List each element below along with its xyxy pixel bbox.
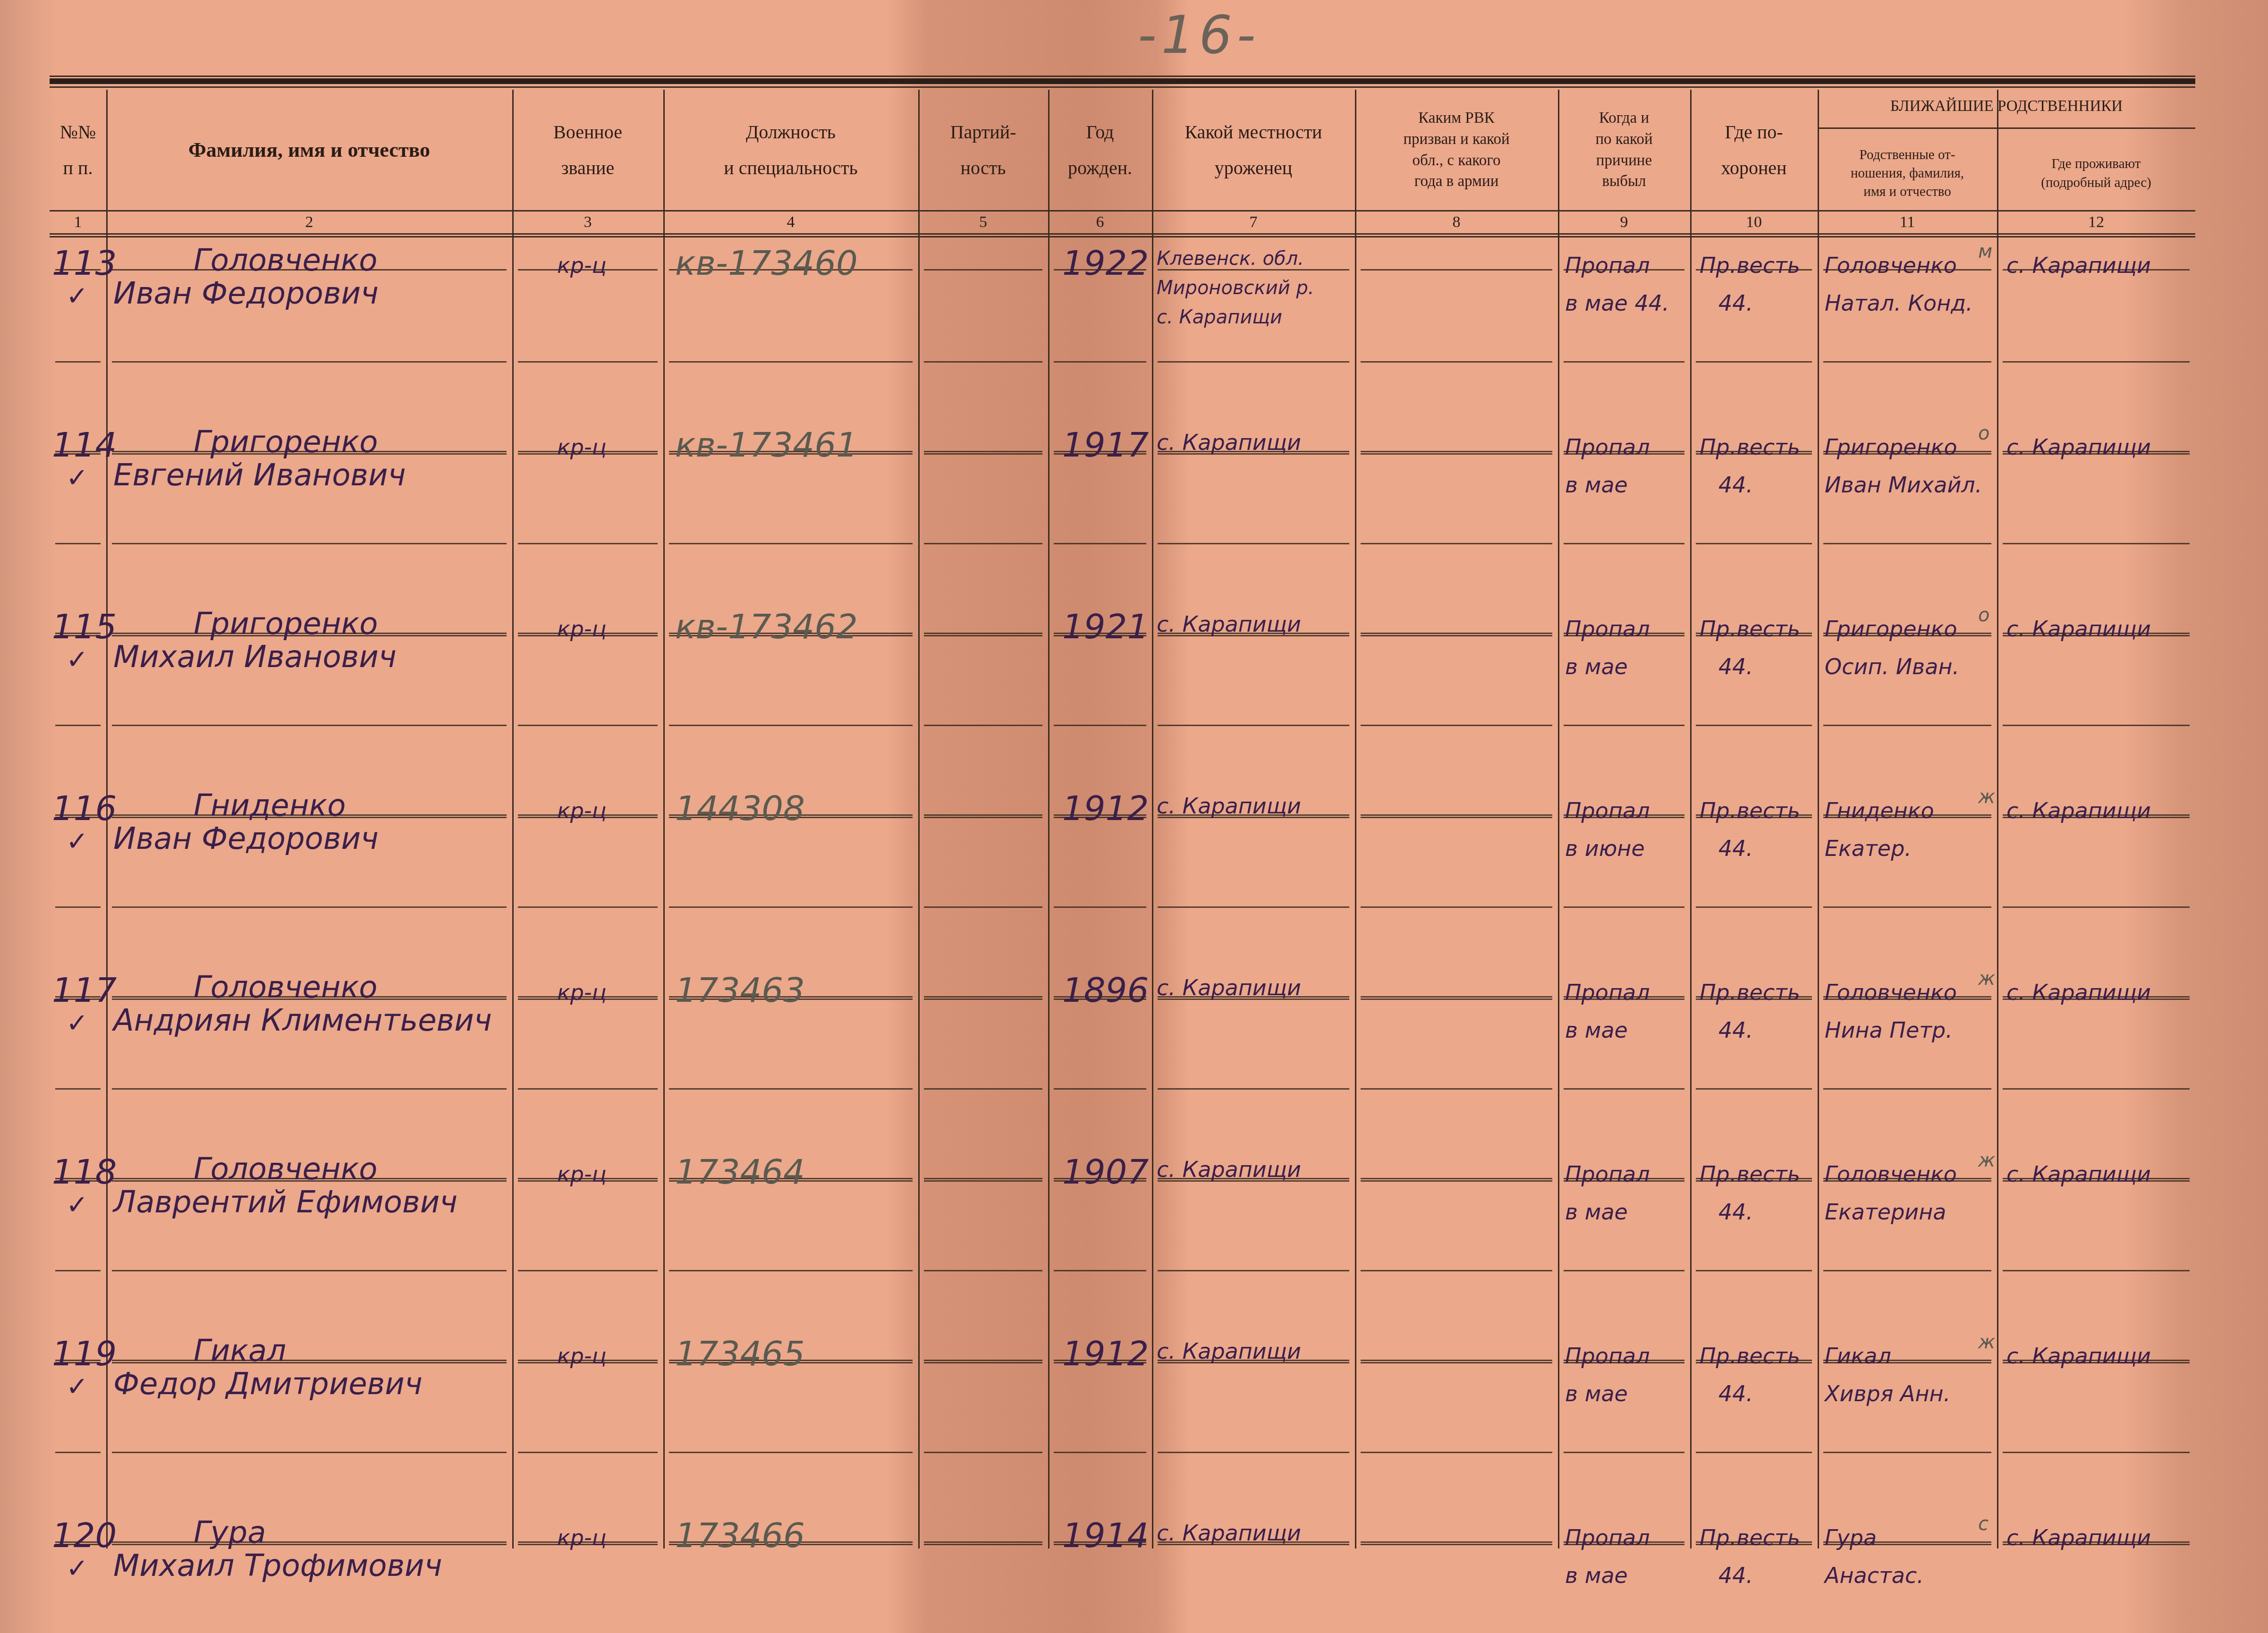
ruled-line — [1696, 1452, 1812, 1453]
left-service-line: Пропал — [1565, 253, 1650, 278]
birth-year: 1896 — [1062, 970, 1149, 1010]
ruled-line — [1054, 1088, 1146, 1090]
ruled-line — [1696, 1270, 1812, 1271]
checkmark: ✓ — [66, 826, 88, 857]
row-number: 113 — [52, 243, 117, 283]
ruled-line — [1361, 998, 1552, 1000]
ruled-line — [669, 1270, 913, 1271]
ruled-line — [55, 361, 101, 363]
given-name-patronymic: Михаил Трофимович — [113, 1548, 442, 1583]
relative-address: с. Карапищи — [2006, 1161, 2151, 1187]
ruled-line — [112, 361, 507, 363]
ruled-line — [1696, 1088, 1812, 1090]
column-header-label: Фамилия, имя и отчество — [188, 130, 430, 170]
top-thick-rule — [50, 78, 2195, 84]
column-header-label: Партий-ность — [950, 114, 1016, 186]
birth-year: 1912 — [1062, 1334, 1149, 1373]
top-thin-rule — [50, 76, 2195, 77]
ruled-line — [1564, 906, 1684, 908]
given-name-patronymic: Михаил Иванович — [113, 640, 397, 675]
header-line: Где проживают — [2041, 155, 2151, 173]
header-line: звание — [553, 150, 622, 186]
position-specialty: кв-173462 — [675, 607, 858, 646]
ruled-line — [55, 725, 101, 726]
burial-place-line: Пр.весть — [1700, 798, 1800, 823]
relative-kinship-mark: о — [1978, 423, 1989, 444]
left-service-line: Пропал — [1565, 980, 1650, 1005]
ruled-line — [1696, 725, 1812, 726]
burial-place-line: 44. — [1718, 472, 1753, 498]
burial-place-line: Пр.весть — [1700, 980, 1800, 1005]
military-rank: кр-ц — [557, 253, 607, 278]
checkmark: ✓ — [66, 644, 88, 675]
column-header-5: Партий-ность — [918, 90, 1048, 210]
surname: Григоренко — [194, 607, 378, 642]
column-number: 6 — [1048, 213, 1152, 232]
ruled-line — [1361, 906, 1552, 908]
ruled-line — [1361, 1270, 1552, 1271]
ruled-line — [1564, 543, 1684, 544]
left-service-line: в мае — [1565, 1381, 1628, 1406]
header-line: Когда и — [1595, 108, 1652, 129]
relative-kinship-mark: ж — [1978, 786, 1995, 808]
left-service-line: в июне — [1565, 836, 1645, 861]
burial-place-line: 44. — [1718, 1563, 1753, 1588]
ruled-line — [1361, 1178, 1552, 1179]
ruled-line — [1696, 361, 1812, 363]
burial-place-line: Пр.весть — [1700, 1525, 1800, 1550]
ruled-line — [1054, 906, 1146, 908]
relative-address: с. Карапищи — [2006, 980, 2151, 1005]
given-name-patronymic: Евгений Иванович — [113, 458, 406, 493]
ruled-line — [669, 543, 913, 544]
relative-line: Головченко — [1825, 1161, 1957, 1187]
birthplace-line: с. Карапищи — [1157, 306, 1282, 328]
checkmark: ✓ — [66, 281, 88, 312]
birthplace-line: Клевенск. обл. — [1157, 248, 1304, 270]
relative-line: Григоренко — [1825, 616, 1957, 642]
ruled-line — [1823, 906, 1991, 908]
relative-address: с. Карапищи — [2006, 616, 2151, 642]
header-line: Должность — [724, 114, 857, 150]
colnum-divider-1 — [50, 233, 2195, 235]
ruled-line — [924, 814, 1042, 816]
ruled-line — [924, 543, 1042, 544]
relative-kinship-mark: о — [1978, 604, 1989, 626]
relative-line: Осип. Иван. — [1825, 654, 1959, 679]
military-rank: кр-ц — [557, 798, 607, 823]
column-header-label: Где по-хоронен — [1721, 114, 1786, 186]
ruled-line — [1823, 361, 1991, 363]
column-header-6: Годрожден. — [1048, 90, 1152, 210]
ruled-line — [112, 1088, 507, 1090]
checkmark: ✓ — [66, 1008, 88, 1039]
position-specialty: 173463 — [675, 970, 805, 1010]
relative-line: Гниденко — [1825, 798, 1934, 823]
header-line: хоронен — [1721, 150, 1786, 186]
ruled-line — [924, 1270, 1042, 1271]
ruled-line — [518, 543, 658, 544]
ruled-line — [1054, 543, 1146, 544]
column-divider — [1152, 90, 1153, 1548]
column-header-7: Какой местностиуроженец — [1152, 90, 1355, 210]
header-line: Партий- — [950, 114, 1016, 150]
header-divider — [50, 210, 2195, 212]
ruled-line — [112, 543, 507, 544]
left-service-line: в мае — [1565, 472, 1628, 498]
ruled-line — [1564, 1088, 1684, 1090]
ruled-line — [55, 906, 101, 908]
position-specialty: 144308 — [675, 788, 805, 828]
ruled-line — [55, 1452, 101, 1453]
burial-place-line: 44. — [1718, 1199, 1753, 1225]
column-header-9: Когда ипо какойпричиневыбыл — [1558, 90, 1690, 210]
ruled-line — [924, 633, 1042, 634]
ruled-line — [55, 543, 101, 544]
left-service-line: Пропал — [1565, 798, 1650, 823]
column-header-12: Где проживают(подробный адрес) — [1997, 137, 2195, 210]
ruled-line — [924, 996, 1042, 998]
ruled-line — [924, 1452, 1042, 1453]
header-line: Где по- — [1721, 114, 1786, 150]
header-line: по какой — [1595, 129, 1652, 150]
left-service-line: в мае — [1565, 1199, 1628, 1225]
burial-place-line: 44. — [1718, 836, 1753, 861]
ruled-line — [1158, 361, 1349, 363]
row-number: 120 — [52, 1515, 117, 1555]
column-header-label: Где проживают(подробный адрес) — [2041, 155, 2151, 192]
ruled-line — [1823, 1270, 1991, 1271]
surname: Гниденко — [194, 788, 346, 823]
column-number: 10 — [1690, 213, 1818, 232]
ruled-line — [518, 1452, 658, 1453]
column-header-3: Военноезвание — [512, 90, 663, 210]
position-specialty: 173465 — [675, 1334, 805, 1373]
header-line: уроженец — [1185, 150, 1322, 186]
birthplace-line: с. Карапищи — [1157, 1520, 1301, 1546]
ruled-line — [1361, 1541, 1552, 1543]
relative-line: Натал. Конд. — [1825, 290, 1973, 316]
left-service-line: Пропал — [1565, 434, 1650, 460]
header-line: Каким РВК — [1403, 108, 1509, 129]
relative-kinship-mark: с — [1978, 1513, 1989, 1535]
ruled-line — [1823, 725, 1991, 726]
column-number: 12 — [1997, 213, 2195, 232]
position-specialty: кв-173461 — [675, 425, 858, 465]
ruled-line — [924, 1180, 1042, 1182]
given-name-patronymic: Лаврентий Ефимович — [113, 1185, 457, 1220]
column-number: 1 — [50, 213, 106, 232]
relative-address: с. Карапищи — [2006, 434, 2151, 460]
birth-year: 1912 — [1062, 788, 1149, 828]
column-divider — [1048, 90, 1049, 1548]
surname: Головченко — [194, 243, 377, 278]
relative-line: Гикал — [1825, 1343, 1891, 1369]
ruled-line — [1158, 1088, 1349, 1090]
left-service-line: Пропал — [1565, 616, 1650, 642]
ruled-line — [1158, 1270, 1349, 1271]
relative-kinship-mark: ж — [1978, 968, 1995, 990]
ruled-line — [2003, 1270, 2190, 1271]
ruled-line — [1361, 1180, 1552, 1182]
column-header-label: Годрожден. — [1068, 114, 1132, 186]
ruled-line — [1361, 1088, 1552, 1090]
relative-kinship-mark: ж — [1978, 1150, 1995, 1171]
ruled-line — [669, 725, 913, 726]
header-line: №№ — [60, 114, 96, 150]
column-header-label: Каким РВКпризван и какойобл., с какогого… — [1403, 108, 1509, 192]
ruled-line — [1361, 361, 1552, 363]
ruled-line — [924, 1544, 1042, 1545]
relative-address: с. Карапищи — [2006, 1343, 2151, 1369]
ruled-line — [112, 1360, 507, 1361]
ruled-line — [1158, 1452, 1349, 1453]
column-divider — [918, 90, 920, 1548]
column-header-10: Где по-хоронен — [1690, 90, 1818, 210]
ruled-line — [1696, 543, 1812, 544]
ruled-line — [518, 906, 658, 908]
ruled-line — [1361, 817, 1552, 818]
ruled-line — [1158, 725, 1349, 726]
ruled-line — [1823, 543, 1991, 544]
header-line: причине — [1595, 150, 1652, 171]
column-divider — [1558, 90, 1559, 1548]
relative-line: Хивря Анн. — [1825, 1381, 1950, 1406]
military-rank: кр-ц — [557, 1525, 607, 1550]
ruled-line — [112, 1544, 507, 1545]
header-line: п п. — [60, 150, 96, 186]
column-number: 4 — [663, 213, 918, 232]
ruled-line — [1361, 269, 1552, 271]
ruled-line — [669, 361, 913, 363]
ruled-line — [1361, 996, 1552, 998]
surname: Григоренко — [194, 425, 378, 460]
column-number: 7 — [1152, 213, 1355, 232]
ruled-line — [2003, 906, 2190, 908]
relative-line: Екатерина — [1825, 1199, 1946, 1225]
military-rank: кр-ц — [557, 434, 607, 460]
burial-place-line: Пр.весть — [1700, 1161, 1800, 1187]
birth-year: 1914 — [1062, 1515, 1149, 1555]
left-service-line: в мае 44. — [1565, 290, 1669, 316]
row-number: 115 — [52, 607, 117, 646]
column-number: 3 — [512, 213, 663, 232]
ruled-line — [1823, 1452, 1991, 1453]
ruled-line — [924, 1178, 1042, 1179]
birthplace-line: с. Карапищи — [1157, 430, 1301, 455]
birth-year: 1922 — [1062, 243, 1149, 283]
birthplace-line: Мироновский р. — [1157, 277, 1314, 299]
checkmark: ✓ — [66, 1190, 88, 1220]
left-service-line: в мае — [1565, 1563, 1628, 1588]
ruled-line — [112, 725, 507, 726]
birthplace-line: с. Карапищи — [1157, 975, 1301, 1000]
military-rank: кр-ц — [557, 1161, 607, 1187]
given-name-patronymic: Иван Федорович — [113, 821, 379, 856]
column-number: 2 — [106, 213, 512, 232]
ruled-line — [924, 906, 1042, 908]
column-header-11: Родственные от-ношения, фамилия,имя и от… — [1818, 137, 1997, 210]
header-line: Фамилия, имя и отчество — [188, 130, 430, 170]
ruled-line — [2003, 725, 2190, 726]
ruled-line — [518, 361, 658, 363]
ruled-line — [112, 1452, 507, 1453]
ruled-line — [55, 1270, 101, 1271]
relative-kinship-mark: ж — [1978, 1331, 1995, 1353]
ruled-line — [924, 451, 1042, 452]
left-service-line: Пропал — [1565, 1161, 1650, 1187]
ruled-line — [1361, 1544, 1552, 1545]
ruled-line — [669, 1088, 913, 1090]
row-number: 119 — [52, 1334, 117, 1373]
column-header-label: Военноезвание — [553, 114, 622, 186]
ruled-line — [924, 1088, 1042, 1090]
ruled-line — [518, 725, 658, 726]
column-number: 8 — [1355, 213, 1558, 232]
given-name-patronymic: Андриян Климентьевич — [113, 1003, 492, 1038]
relative-address: с. Карапищи — [2006, 253, 2151, 278]
checkmark: ✓ — [66, 1371, 88, 1402]
ruled-line — [2003, 543, 2190, 544]
column-divider — [1818, 90, 1819, 1548]
relatives-group-header: БЛИЖАЙШИЕ РОДСТВЕННИКИ — [1818, 92, 2195, 120]
relative-address: с. Карапищи — [2006, 1525, 2151, 1550]
ruled-line — [924, 269, 1042, 271]
burial-place-line: Пр.весть — [1700, 434, 1800, 460]
ruled-line — [1361, 1360, 1552, 1361]
burial-place-line: Пр.весть — [1700, 1343, 1800, 1369]
position-specialty: 173466 — [675, 1515, 805, 1555]
relative-line: Екатер. — [1825, 836, 1912, 861]
given-name-patronymic: Федор Дмитриевич — [113, 1367, 423, 1402]
given-name-patronymic: Иван Федорович — [113, 276, 379, 311]
ruled-line — [924, 361, 1042, 363]
page-number: -16- — [1138, 5, 1260, 65]
burial-place-line: 44. — [1718, 1381, 1753, 1406]
header-line: обл., с какого — [1403, 150, 1509, 171]
relative-line: Гура — [1825, 1525, 1877, 1550]
burial-place-line: 44. — [1718, 290, 1753, 316]
ruled-line — [1361, 543, 1552, 544]
position-specialty: 173464 — [675, 1152, 805, 1192]
left-service-line: Пропал — [1565, 1525, 1650, 1550]
ruled-line — [924, 1360, 1042, 1361]
military-rank: кр-ц — [557, 616, 607, 642]
header-line: Какой местности — [1185, 114, 1322, 150]
header-line: Родственные от- — [1851, 146, 1964, 164]
header-line: имя и отчество — [1851, 183, 1964, 201]
column-header-1: №№п п. — [50, 90, 106, 210]
ruled-line — [1361, 1452, 1552, 1453]
relative-line: Нина Петр. — [1825, 1017, 1953, 1043]
ruled-line — [1158, 906, 1349, 908]
ruled-line — [1054, 725, 1146, 726]
row-number: 114 — [52, 425, 117, 465]
birthplace-line: с. Карапищи — [1157, 1338, 1301, 1364]
column-divider — [512, 90, 514, 1548]
ruled-line — [1361, 1362, 1552, 1363]
ruled-line — [2003, 361, 2190, 363]
checkmark: ✓ — [66, 1553, 88, 1584]
ruled-line — [924, 1541, 1042, 1543]
column-header-label: Какой местностиуроженец — [1185, 114, 1322, 186]
ruled-line — [669, 906, 913, 908]
column-divider — [663, 90, 665, 1548]
ruled-line — [1054, 1270, 1146, 1271]
header-line: Год — [1068, 114, 1132, 150]
ruled-line — [1564, 725, 1684, 726]
ruled-line — [669, 1452, 913, 1453]
relative-line: Анастас. — [1825, 1563, 1924, 1588]
column-number: 9 — [1558, 213, 1690, 232]
ruled-line — [518, 1270, 658, 1271]
ruled-line — [112, 1362, 507, 1363]
ruled-line — [924, 817, 1042, 818]
column-header-label: Должностьи специальность — [724, 114, 857, 186]
ruled-line — [1158, 543, 1349, 544]
ruled-line — [112, 1270, 507, 1271]
top-thin-rule-2 — [50, 86, 2195, 88]
ruled-line — [1696, 906, 1812, 908]
birth-year: 1921 — [1062, 607, 1149, 646]
ruled-line — [1823, 1088, 1991, 1090]
birthplace-line: с. Карапищи — [1157, 793, 1301, 819]
column-number: 5 — [918, 213, 1048, 232]
column-header-4: Должностьи специальность — [663, 90, 918, 210]
column-divider — [1690, 90, 1692, 1548]
row-number: 116 — [52, 788, 117, 828]
left-service-line: в мае — [1565, 654, 1628, 679]
column-header-8: Каким РВКпризван и какойобл., с какогого… — [1355, 90, 1558, 210]
relative-kinship-mark: м — [1978, 241, 1992, 262]
burial-place-line: Пр.весть — [1700, 253, 1800, 278]
ruled-line — [518, 1088, 658, 1090]
ruled-line — [2003, 1088, 2190, 1090]
ruled-line — [924, 635, 1042, 636]
ruled-line — [924, 998, 1042, 1000]
column-header-2: Фамилия, имя и отчество — [106, 90, 512, 210]
column-divider — [1997, 90, 1998, 1548]
relatives-group-rule — [1818, 127, 2195, 129]
relative-address: с. Карапищи — [2006, 798, 2151, 823]
relative-line: Григоренко — [1825, 434, 1957, 460]
military-rank: кр-ц — [557, 1343, 607, 1369]
row-number: 118 — [52, 1152, 117, 1192]
relative-line: Головченко — [1825, 253, 1957, 278]
ruled-line — [1054, 1452, 1146, 1453]
ruled-line — [1361, 725, 1552, 726]
column-header-label: Родственные от-ношения, фамилия,имя и от… — [1851, 146, 1964, 201]
header-line: призван и какой — [1403, 129, 1509, 150]
header-line: Военное — [553, 114, 622, 150]
header-line: ность — [950, 150, 1016, 186]
ruled-line — [1361, 814, 1552, 816]
column-header-label: №№п п. — [60, 114, 96, 186]
header-line: (подробный адрес) — [2041, 174, 2151, 192]
column-divider — [1355, 90, 1356, 1548]
surname: Головченко — [194, 970, 377, 1005]
birth-year: 1907 — [1062, 1152, 1149, 1192]
birthplace-line: с. Карапищи — [1157, 1157, 1301, 1182]
ruled-line — [55, 1088, 101, 1090]
ruled-line — [1361, 453, 1552, 455]
position-specialty: кв-173460 — [675, 243, 858, 283]
surname: Головченко — [194, 1152, 377, 1187]
header-line: года в армии — [1403, 171, 1509, 192]
ruled-line — [1054, 361, 1146, 363]
column-number: 11 — [1818, 213, 1997, 232]
header-line: ношения, фамилия, — [1851, 164, 1964, 183]
